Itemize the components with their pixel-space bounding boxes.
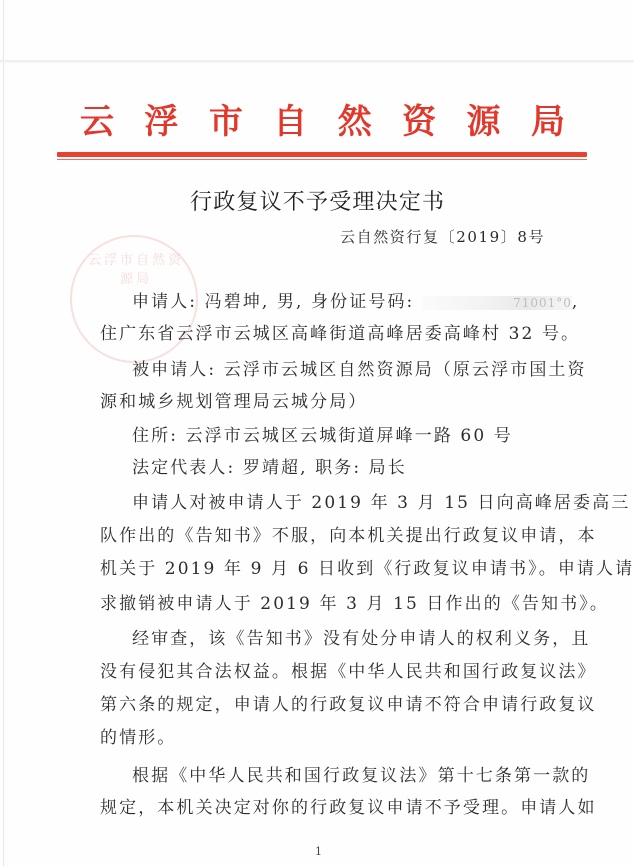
redacted-id-number: 71001°0 <box>422 296 572 310</box>
letterhead-char: 云 <box>80 105 114 139</box>
body-line: 法定代表人: 罗靖超, 职务: 局长 <box>132 457 582 479</box>
document-number: 云自然资行复〔2019〕8号 <box>340 227 545 247</box>
letterhead-char: 然 <box>338 105 372 139</box>
body-line: 第六条的规定，申请人的行政复议申请不符合申请行政复议 <box>100 694 550 716</box>
letterhead-char: 自 <box>273 105 307 139</box>
body-line: 申请人对被申请人于 2019 年 3 月 15 日向高峰居委高三 <box>132 492 582 514</box>
letterhead-char: 局 <box>531 105 565 139</box>
letterhead-char: 浮 <box>144 105 178 139</box>
body-line: 求撤销被申请人于 2019 年 3 月 15 日作出的《告知书》。 <box>100 593 550 615</box>
body-line: 规定，本机关决定对你的行政复议申请不予受理。申请人如 <box>100 797 550 819</box>
document-title: 行政复议不予受理决定书 <box>190 189 445 217</box>
letterhead-char: 源 <box>467 105 501 139</box>
body-line: 队作出的《告知书》不服，向本机关提出行政复议申请，本 <box>100 525 550 547</box>
letterhead-rule-thick <box>57 152 587 157</box>
scan-shadow <box>0 60 634 63</box>
page-number: 1 <box>315 845 322 859</box>
body-line: 住广东省云浮市云城区高峰街道高峰居委高峰村 32 号。 <box>100 323 550 345</box>
letterhead-char: 市 <box>209 105 243 139</box>
body-line: 根据《中华人民共和国行政复议法》第十七条第一款的 <box>132 765 582 787</box>
body-line: 没有侵犯其合法权益。根据《中华人民共和国行政复议法》 <box>100 661 550 683</box>
body-line: 源和城乡规划管理局云城分局） <box>100 391 550 413</box>
body-line: 的情形。 <box>100 727 550 749</box>
letterhead-rule-thin <box>57 159 587 160</box>
body-line: 住所: 云浮市云城区云城街道屏峰一路 60 号 <box>132 425 582 447</box>
letterhead-char: 资 <box>402 105 436 139</box>
letterhead-org-name: 云 浮 市 自 然 资 源 局 <box>57 98 587 146</box>
applicant-text: 申请人: 冯碧坤, 男, 身份证号码: <box>132 292 422 312</box>
letterhead: 云 浮 市 自 然 资 源 局 <box>57 98 587 160</box>
body-line: 经审查，该《告知书》没有处分申请人的权利义务，且 <box>132 628 582 650</box>
body-line: 被申请人: 云浮市云城区自然资源局（原云浮市国土资 <box>132 359 582 381</box>
body-line: 机关于 2019 年 9 月 6 日收到《行政复议申请书》。申请人请 <box>100 558 550 580</box>
document-page: 云 浮 市 自 然 资 源 局 云浮市自然资源局 行政复议不予受理决定书 云自然… <box>0 0 634 866</box>
applicant-line: 申请人: 冯碧坤, 男, 身份证号码: 71001°0, <box>132 291 582 313</box>
applicant-comma: , <box>572 292 580 312</box>
page-edge <box>3 0 4 866</box>
